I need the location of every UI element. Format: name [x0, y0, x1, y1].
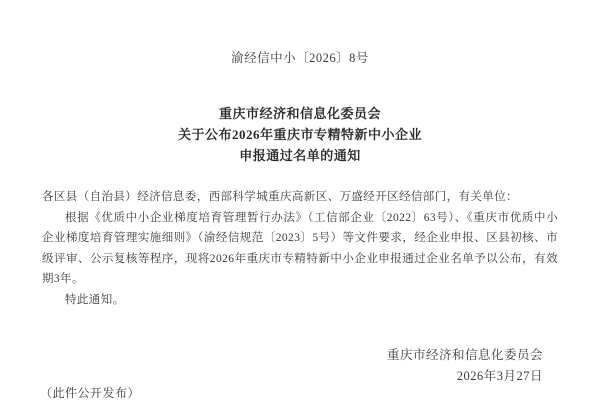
title-subject-line2: 申报通过名单的通知	[0, 145, 600, 166]
salutation-line: 各区县（自治县）经济信息委，西部科学城重庆高新区、万盛经开区经信部门，有关单位：	[42, 187, 558, 208]
closing-line: 特此通知。	[42, 290, 558, 311]
signature-block: 重庆市经济和信息化委员会 2026年3月27日	[387, 345, 543, 386]
body-paragraph: 根据《优质中小企业梯度培育管理暂行办法》（工信部企业〔2022〕63号）、《重庆…	[42, 208, 558, 290]
signature-date: 2026年3月27日	[387, 366, 543, 387]
document-body: 各区县（自治县）经济信息委，西部科学城重庆高新区、万盛经开区经信部门，有关单位：…	[42, 187, 558, 310]
signature-org: 重庆市经济和信息化委员会	[387, 345, 543, 366]
document-page: 渝经信中小〔2026〕8号 重庆市经济和信息化委员会 关于公布2026年重庆市专…	[0, 0, 600, 417]
document-title: 重庆市经济和信息化委员会 关于公布2026年重庆市专精特新中小企业 申报通过名单…	[0, 103, 600, 166]
title-org-line: 重庆市经济和信息化委员会	[0, 103, 600, 124]
doc-number: 渝经信中小〔2026〕8号	[0, 48, 600, 66]
title-subject-line1: 关于公布2026年重庆市专精特新中小企业	[0, 124, 600, 145]
footer-publish-note: （此件公开发布）	[40, 384, 140, 401]
